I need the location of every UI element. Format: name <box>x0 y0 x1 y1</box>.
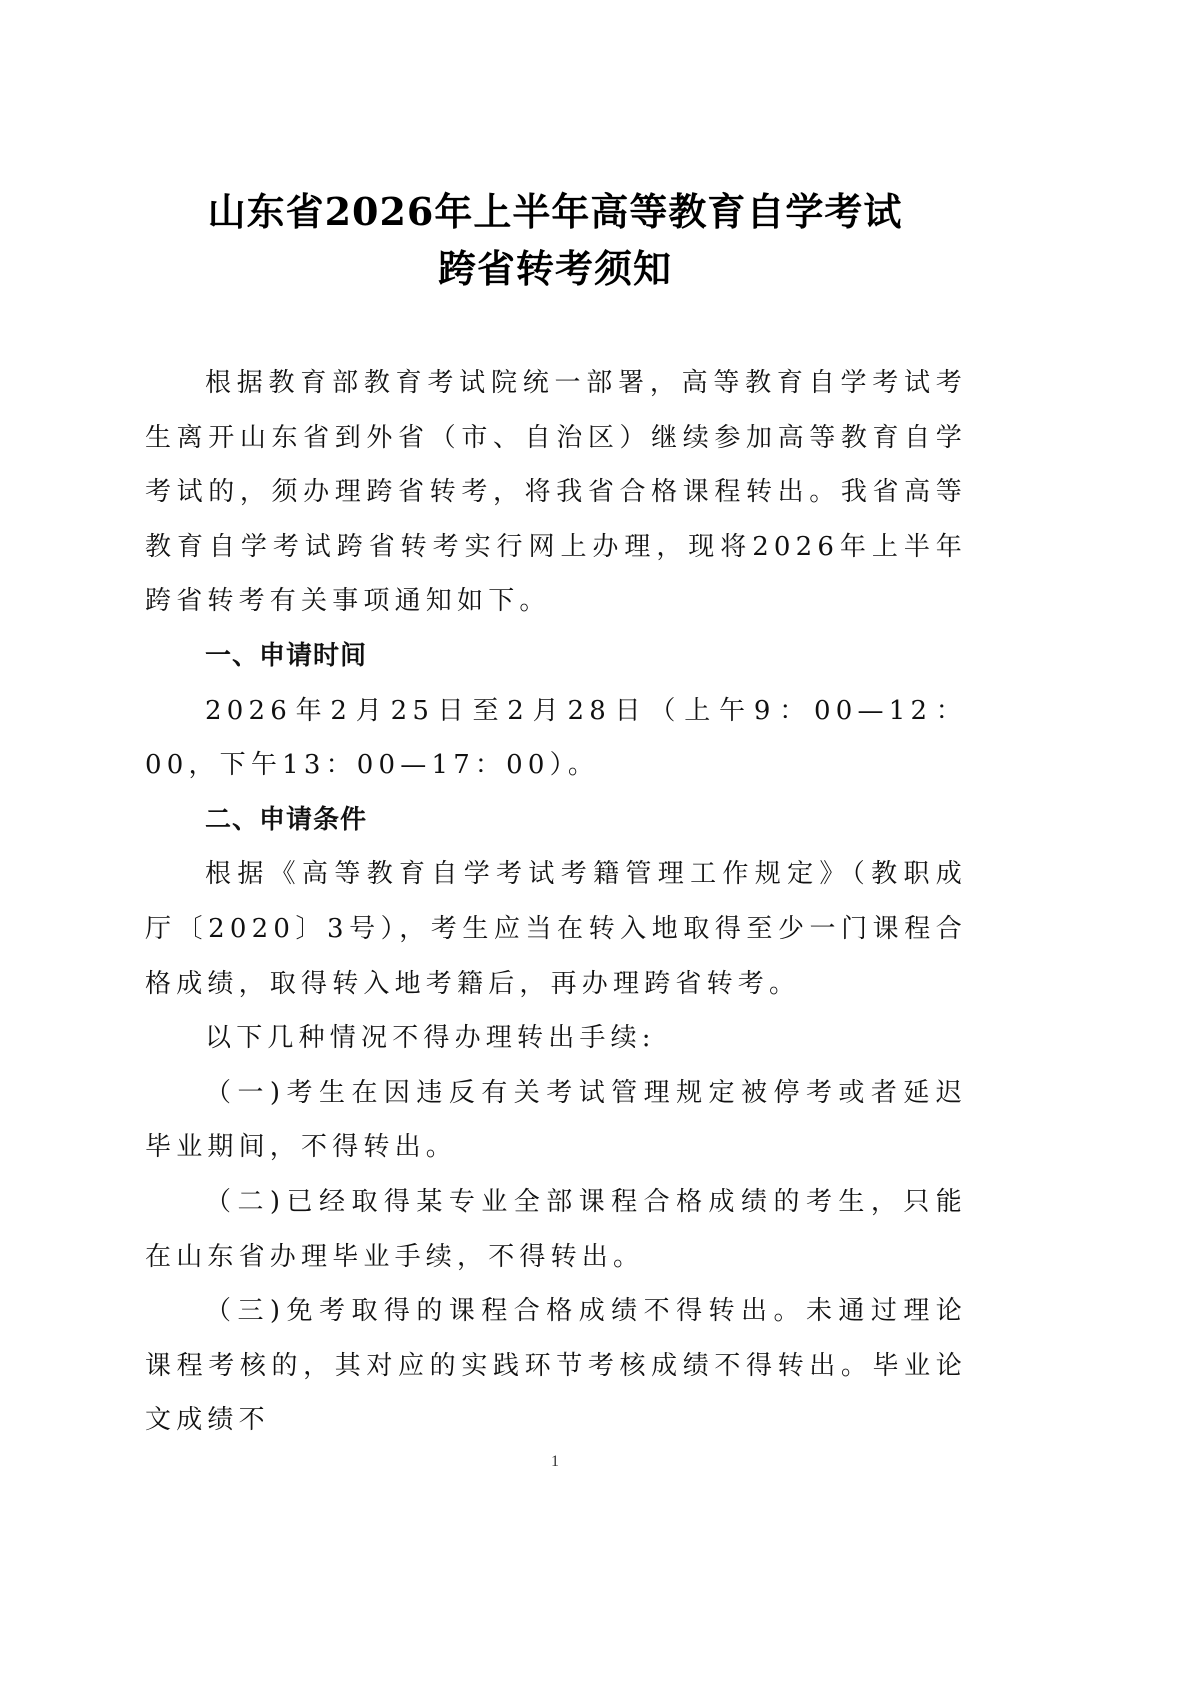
document-body: 根据教育部教育考试院统一部署，高等教育自学考试考生离开山东省到外省（市、自治区）… <box>145 356 967 1448</box>
section-heading-application-conditions: 二、申请条件 <box>145 793 967 848</box>
exclusion-item-1: （一)考生在因违反有关考试管理规定被停考或者延迟毕业期间，不得转出。 <box>145 1066 967 1175</box>
conditions-paragraph: 根据《高等教育自学考试考籍管理工作规定》（教职成厅〔2020〕3号），考生应当在… <box>145 847 967 1011</box>
exclusion-item-2: （二)已经取得某专业全部课程合格成绩的考生，只能在山东省办理毕业手续，不得转出。 <box>145 1175 967 1284</box>
document-title-line-1: 山东省2026年上半年高等教育自学考试 <box>145 185 965 239</box>
exclusions-intro-paragraph: 以下几种情况不得办理转出手续: <box>145 1011 967 1066</box>
page-number: 1 <box>0 1453 1110 1471</box>
document-page: 山东省2026年上半年高等教育自学考试 跨省转考须知 根据教育部教育考试院统一部… <box>0 0 1200 1697</box>
document-title-line-2: 跨省转考须知 <box>145 242 965 296</box>
application-time-paragraph: 2026年2月25日至2月28日（上午9：00—12：00，下午13：00—17… <box>145 684 967 793</box>
intro-paragraph: 根据教育部教育考试院统一部署，高等教育自学考试考生离开山东省到外省（市、自治区）… <box>145 356 967 629</box>
section-heading-application-time: 一、申请时间 <box>145 629 967 684</box>
exclusion-item-3: （三)免考取得的课程合格成绩不得转出。未通过理论课程考核的，其对应的实践环节考核… <box>145 1284 967 1448</box>
